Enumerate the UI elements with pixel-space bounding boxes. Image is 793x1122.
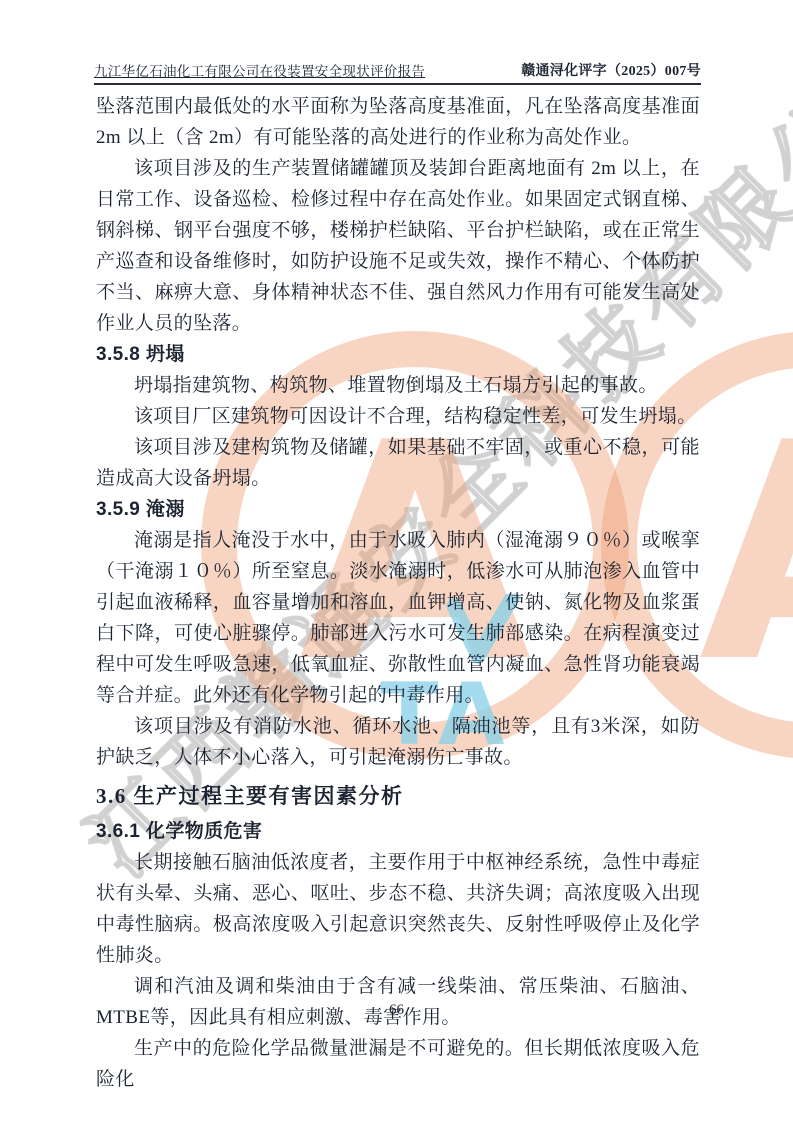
body-paragraph: 该项目涉及有消防水池、循环水池、隔油池等，且有3米深，如防护缺乏，人体不小心落入… bbox=[96, 711, 700, 773]
section-heading: 3.5.8 坍塌 bbox=[96, 339, 700, 370]
body-paragraph: 坍塌指建筑物、构筑物、堆置物倒塌及土石塌方引起的事故。 bbox=[96, 370, 700, 401]
body-paragraph: 该项目厂区建筑物可因设计不合理，结构稳定性差，可发生坍塌。 bbox=[96, 401, 700, 432]
svg-text:A: A bbox=[699, 379, 793, 728]
document-body: 坠落范围内最低处的水平面称为坠落高度基准面，凡在坠落高度基准面 2m 以上（含 … bbox=[96, 91, 700, 1095]
body-paragraph: 坠落范围内最低处的水平面称为坠落高度基准面，凡在坠落高度基准面 2m 以上（含 … bbox=[96, 91, 700, 153]
body-paragraph: 该项目涉及的生产装置储罐罐顶及装卸台距离地面有 2m 以上，在日常工作、设备巡检… bbox=[96, 153, 700, 339]
body-paragraph: 生产中的危险化学品微量泄漏是不可避免的。但长期低浓度吸入危险化 bbox=[96, 1033, 700, 1095]
body-paragraph: 长期接触石脑油低浓度者，主要作用于中枢神经系统，急性中毒症状有头晕、头痛、恶心、… bbox=[96, 847, 700, 971]
section-heading: 3.6.1 化学物质危害 bbox=[96, 816, 700, 847]
page-header: 九江华亿石油化工有限公司在役装置安全现状评价报告 赣通浔化评字（2025）007… bbox=[94, 60, 701, 85]
section-heading: 3.6 生产过程主要有害因素分析 bbox=[96, 780, 700, 813]
page-footer: 66 bbox=[0, 1002, 793, 1019]
body-paragraph: 该项目涉及建构筑物及储罐，如果基础不牢固，或重心不稳，可能造成高大设备坍塌。 bbox=[96, 432, 700, 494]
document-page: 江西赣通安全科技有限公司 A A TA 九江华亿石油化工有限公司在役装置安全现状… bbox=[0, 0, 793, 1122]
section-heading: 3.5.9 淹溺 bbox=[96, 494, 700, 525]
report-title: 九江华亿石油化工有限公司在役装置安全现状评价报告 bbox=[94, 60, 425, 80]
document-number: 赣通浔化评字（2025）007号 bbox=[521, 60, 701, 80]
page-number: 66 bbox=[389, 1002, 404, 1018]
body-paragraph: 淹溺是指人淹没于水中，由于水吸入肺内（湿淹溺９０％）或喉挛（干淹溺１０％）所至窒… bbox=[96, 525, 700, 711]
